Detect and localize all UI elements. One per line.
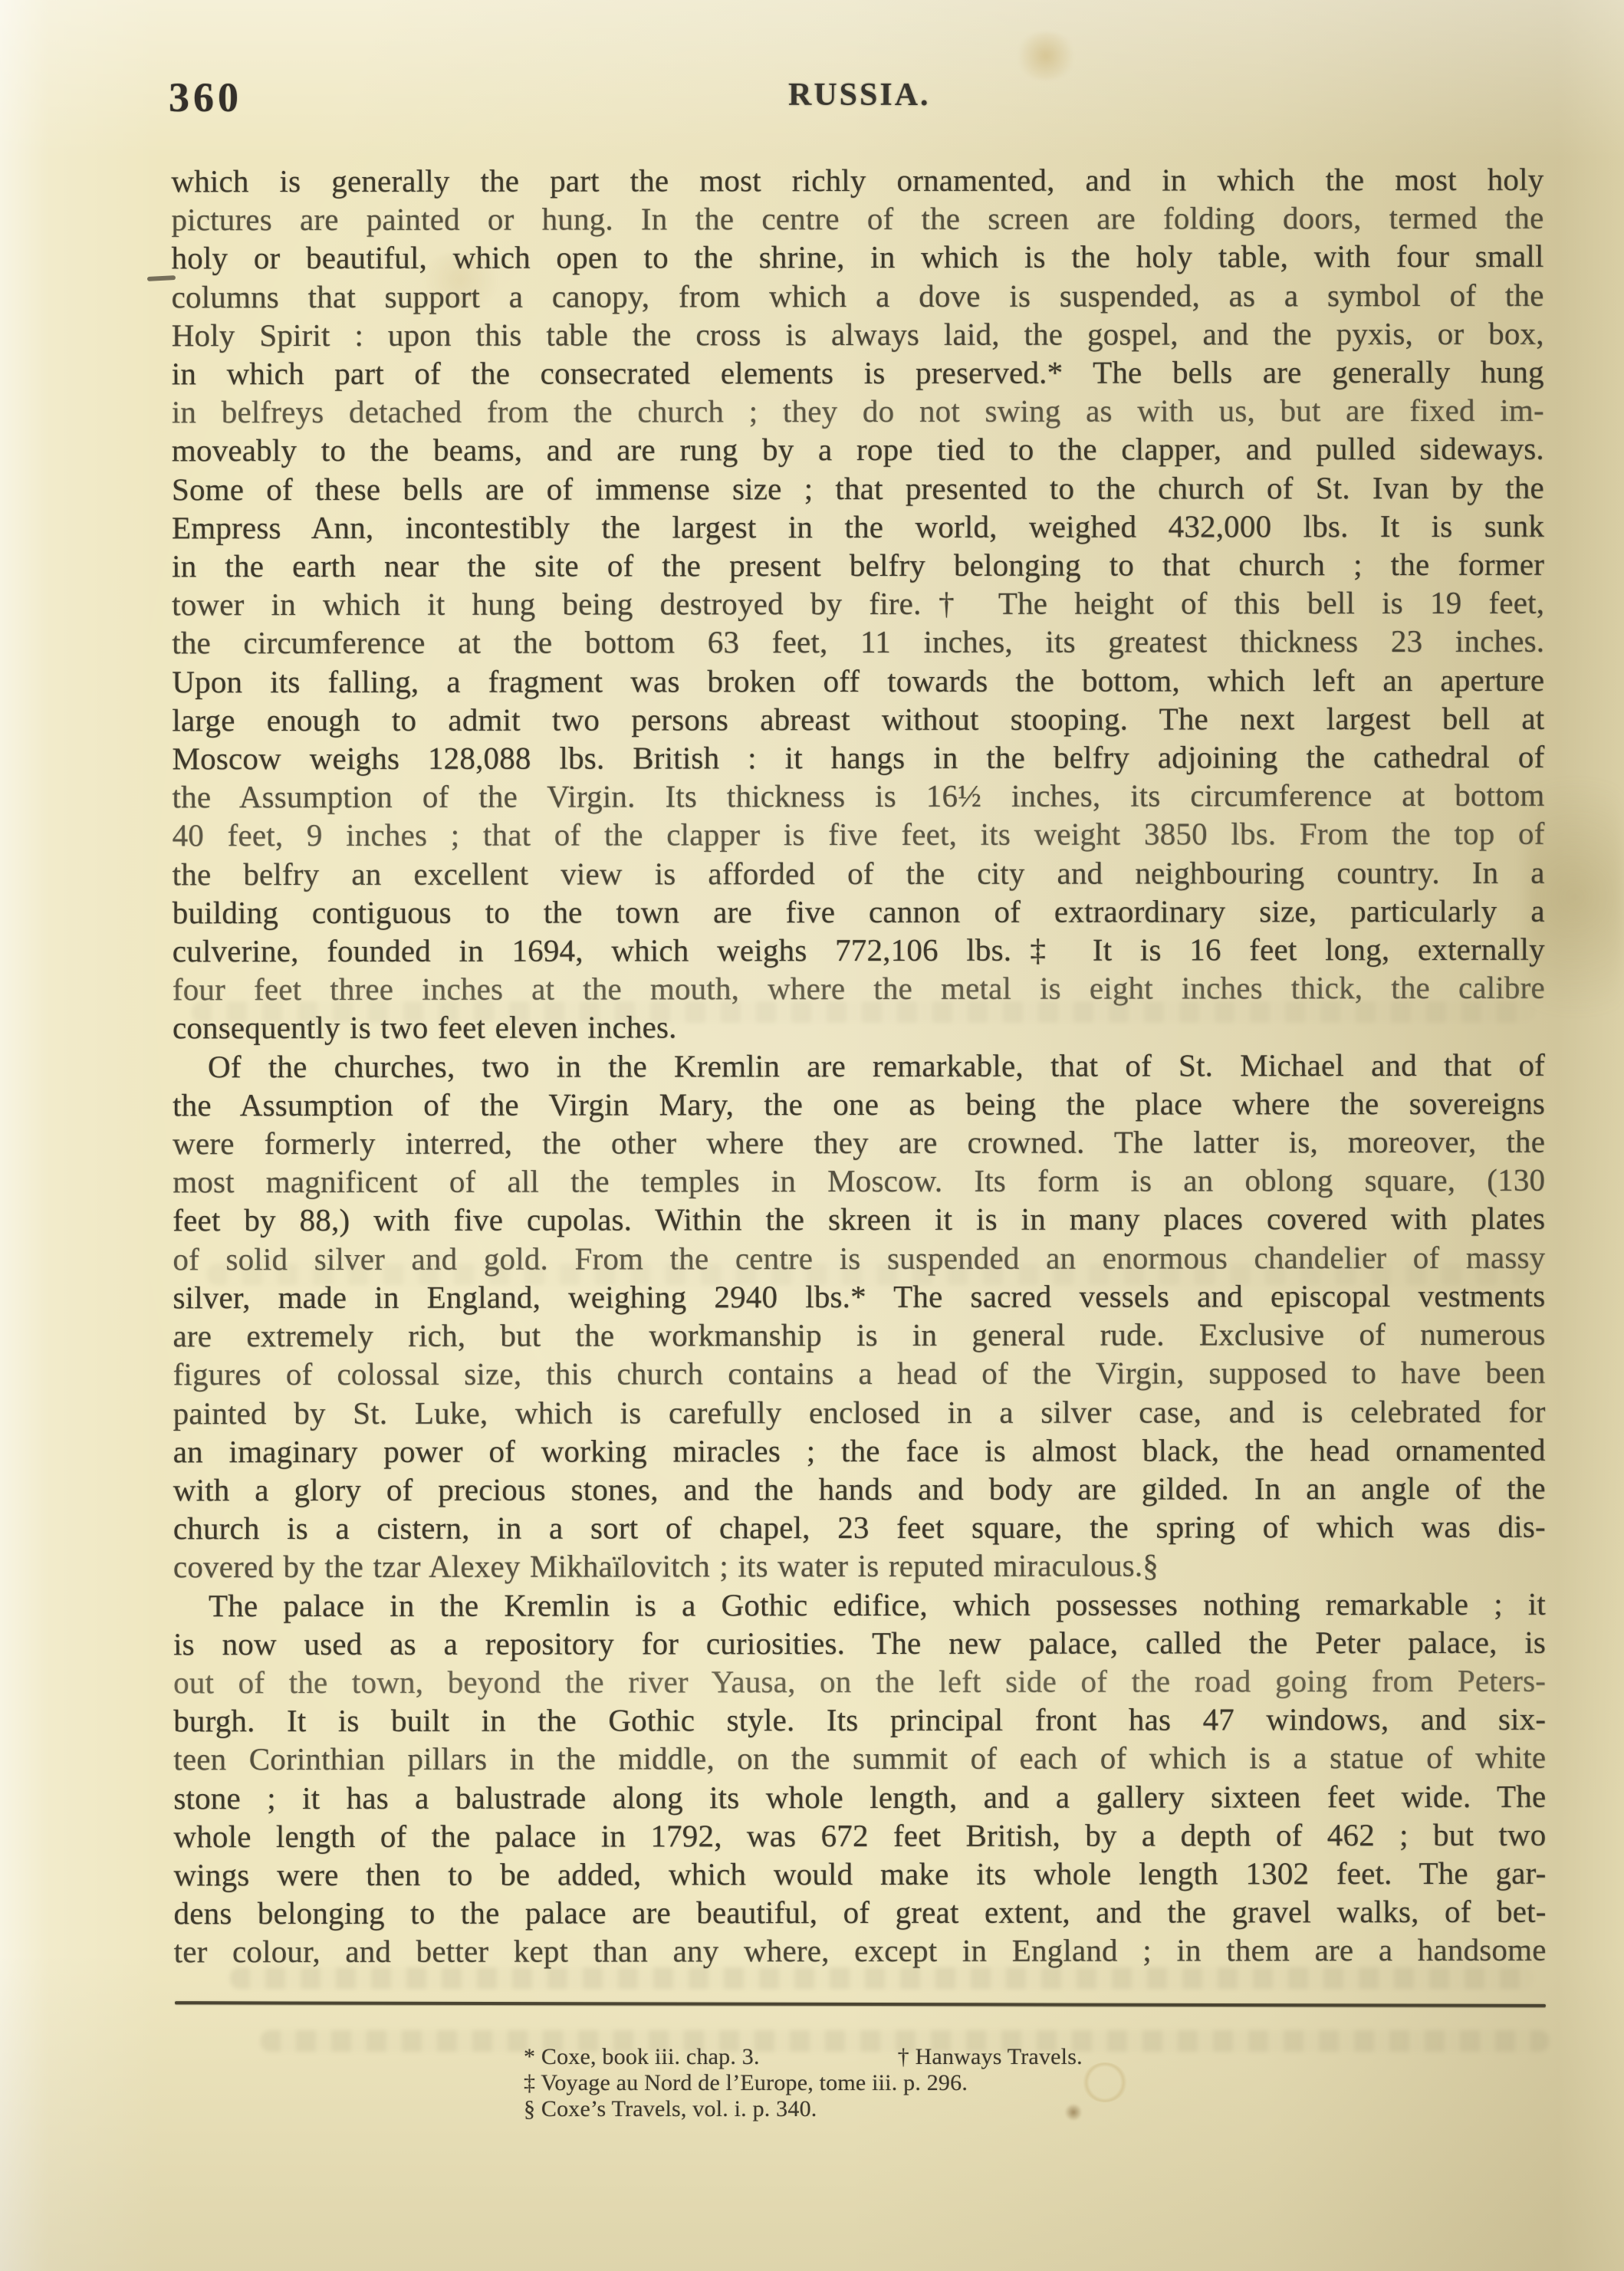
text-line: 40 feet, 9 inches ; that of the clapper …	[173, 814, 1545, 855]
text-line: church is a cistern, in a sort of chapel…	[173, 1507, 1546, 1548]
paper-stain	[1014, 32, 1078, 80]
footnote-hanways-travels: † Hanways Travels.	[898, 2044, 1083, 2070]
text-line: in the earth near the site of the presen…	[172, 545, 1544, 586]
text-line: large enough to admit two persons abreas…	[172, 699, 1544, 740]
text-line: with a glory of precious stones, and the…	[173, 1469, 1546, 1510]
text-line: Holy Spirit : upon this table the cross …	[172, 314, 1544, 355]
text-line: in which part of the consecrated element…	[172, 353, 1544, 393]
running-title: RUSSIA.	[788, 77, 931, 113]
text-line: figures of colossal size, this church co…	[173, 1353, 1546, 1394]
text-line: The palace in the Kremlin is a Gothic ed…	[173, 1584, 1546, 1625]
text-line: silver, made in England, weighing 2940 l…	[173, 1277, 1545, 1317]
footnote-coxes-travels: § Coxe’s Travels, vol. i. p. 340.	[524, 2096, 1083, 2122]
text-line: tower in which it hung being destroyed b…	[172, 583, 1544, 624]
text-line: the Assumption of the Virgin Mary, the o…	[173, 1084, 1545, 1125]
text-line: the circumference at the bottom 63 feet,…	[172, 622, 1544, 662]
text-line: Upon its falling, a fragment was broken …	[172, 660, 1544, 701]
text-line: Of the churches, two in the Kremlin are …	[173, 1045, 1545, 1086]
text-line: whole length of the palace in 1792, was …	[173, 1815, 1546, 1855]
text-line: columns that support a canopy, from whic…	[172, 275, 1544, 316]
text-line: Moscow weighs 128,088 lbs. British : it …	[172, 738, 1544, 778]
footnote-rule	[175, 2001, 1546, 2007]
text-line: culverine, founded in 1694, which weighs…	[173, 930, 1545, 971]
text-line: moveably to the beams, and are rung by a…	[172, 429, 1544, 470]
footnote-coxe-chap3: * Coxe, book iii. chap. 3.	[524, 2044, 760, 2070]
text-line: building contiguous to the town are five…	[173, 892, 1545, 932]
text-line: in belfreys detached from the church ; t…	[172, 391, 1544, 432]
text-line: ter colour, and better kept than any whe…	[174, 1931, 1547, 1971]
text-line: holy or beautiful, which open to the shr…	[171, 237, 1543, 278]
text-line: four feet three inches at the mouth, whe…	[173, 968, 1545, 1009]
text-line: burgh. It is built in the Gothic style. …	[173, 1700, 1546, 1740]
text-line: the belfry an excellent view is afforded…	[173, 853, 1545, 893]
text-line: Some of these bells are of immense size …	[172, 468, 1544, 508]
footnote-row: * Coxe, book iii. chap. 3. † Hanways Tra…	[524, 2044, 1083, 2070]
book-page: 360 RUSSIA. which is generally the part …	[0, 0, 1624, 2271]
text-line: an imaginary power of working miracles ;…	[173, 1430, 1546, 1471]
text-line: out of the town, beyond the river Yausa,…	[173, 1661, 1546, 1702]
footnote-voyage-au-nord: ‡ Voyage au Nord de l’Europe, tome iii. …	[524, 2070, 1083, 2096]
text-line: dens belonging to the palace are beautif…	[174, 1892, 1547, 1933]
text-line: Empress Ann, incontestibly the largest i…	[172, 507, 1544, 547]
text-line: which is generally the part the most ric…	[171, 160, 1543, 201]
text-line: covered by the tzar Alexey Mikhaïlovitch…	[173, 1546, 1546, 1586]
text-line: the Assumption of the Virgin. Its thickn…	[172, 776, 1544, 817]
text-line: wings were then to be added, which would…	[173, 1854, 1546, 1895]
text-line: stone ; it has a balustrade along its wh…	[173, 1776, 1546, 1817]
text-line: of solid silver and gold. From the centr…	[173, 1237, 1545, 1278]
text-line: are extremely rich, but the workmanship …	[173, 1315, 1545, 1356]
text-line: painted by St. Luke, which is carefully …	[173, 1392, 1546, 1432]
page-body: which is generally the part the most ric…	[171, 160, 1546, 1971]
paper-stain	[1083, 2062, 1127, 2102]
text-line: pictures are painted or hung. In the cen…	[171, 199, 1543, 239]
text-line: were formerly interred, the other where …	[173, 1122, 1545, 1163]
text-line: is now used as a repository for curiosit…	[173, 1622, 1546, 1663]
page-number: 360	[169, 74, 242, 121]
text-line: feet by 88,) with five cupolas. Within t…	[173, 1199, 1545, 1240]
text-line: most magnificent of all the temples in M…	[173, 1161, 1545, 1201]
text-line: consequently is two feet eleven inches.	[173, 1007, 1545, 1047]
footnotes: * Coxe, book iii. chap. 3. † Hanways Tra…	[524, 2044, 1083, 2122]
text-line: teen Corinthian pillars in the middle, o…	[173, 1738, 1546, 1779]
